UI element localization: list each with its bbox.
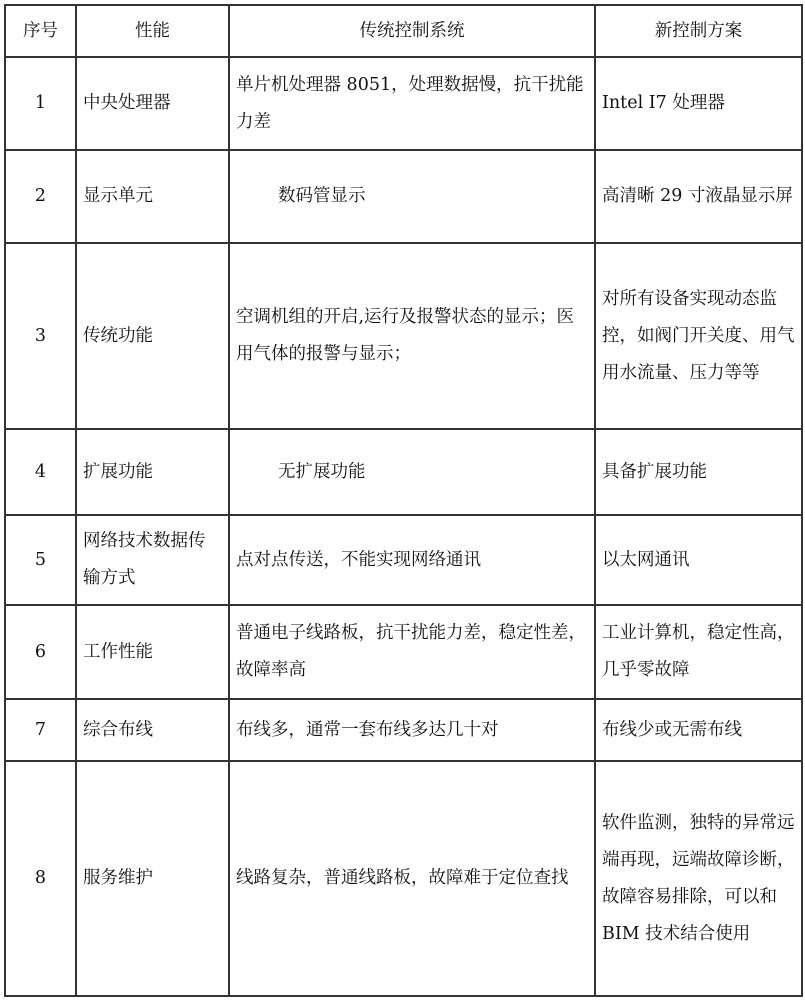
row-feature: 综合布线 <box>76 699 229 761</box>
table-row: 8服务维护线路复杂，普通线路板，故障难于定位查找软件监测，独特的异常远端再现，远… <box>5 761 802 996</box>
row-traditional: 线路复杂，普通线路板，故障难于定位查找 <box>229 761 595 996</box>
row-traditional: 普通电子线路板，抗干扰能力差，稳定性差，故障率高 <box>229 605 595 699</box>
table-row: 3传统功能空调机组的开启,运行及报警状态的显示；医用气体的报警与显示；对所有设备… <box>5 243 802 429</box>
row-new: Intel I7 处理器 <box>595 57 802 150</box>
row-new: 对所有设备实现动态监控，如阀门开关度、用气用水流量、压力等等 <box>595 243 802 429</box>
row-new: 工业计算机，稳定性高，几乎零故障 <box>595 605 802 699</box>
row-traditional: 数码管显示 <box>229 150 595 243</box>
header-new: 新控制方案 <box>595 5 802 57</box>
row-number: 1 <box>5 57 76 150</box>
row-new: 高清晰 29 寸液晶显示屏 <box>595 150 802 243</box>
table-row: 7综合布线布线多，通常一套布线多达几十对布线少或无需布线 <box>5 699 802 761</box>
row-number: 3 <box>5 243 76 429</box>
row-number: 6 <box>5 605 76 699</box>
header-no: 序号 <box>5 5 76 57</box>
row-new: 具备扩展功能 <box>595 429 802 515</box>
table-row: 4扩展功能无扩展功能具备扩展功能 <box>5 429 802 515</box>
row-number: 2 <box>5 150 76 243</box>
row-traditional: 空调机组的开启,运行及报警状态的显示；医用气体的报警与显示； <box>229 243 595 429</box>
row-feature: 中央处理器 <box>76 57 229 150</box>
table-row: 1中央处理器单片机处理器 8051，处理数据慢，抗干扰能力差Intel I7 处… <box>5 57 802 150</box>
header-row: 序号 性能 传统控制系统 新控制方案 <box>5 5 802 57</box>
row-number: 5 <box>5 515 76 605</box>
row-feature: 扩展功能 <box>76 429 229 515</box>
row-traditional: 单片机处理器 8051，处理数据慢，抗干扰能力差 <box>229 57 595 150</box>
row-new: 软件监测，独特的异常远端再现，远端故障诊断，故障容易排除，可以和 BIM 技术结… <box>595 761 802 996</box>
row-feature: 传统功能 <box>76 243 229 429</box>
row-traditional: 布线多，通常一套布线多达几十对 <box>229 699 595 761</box>
row-new: 以太网通讯 <box>595 515 802 605</box>
row-new: 布线少或无需布线 <box>595 699 802 761</box>
header-feature: 性能 <box>76 5 229 57</box>
row-feature: 服务维护 <box>76 761 229 996</box>
row-traditional: 点对点传送，不能实现网络通讯 <box>229 515 595 605</box>
row-number: 8 <box>5 761 76 996</box>
table-row: 2显示单元数码管显示高清晰 29 寸液晶显示屏 <box>5 150 802 243</box>
row-number: 4 <box>5 429 76 515</box>
row-traditional: 无扩展功能 <box>229 429 595 515</box>
header-traditional: 传统控制系统 <box>229 5 595 57</box>
row-feature: 显示单元 <box>76 150 229 243</box>
table-row: 6工作性能普通电子线路板，抗干扰能力差，稳定性差，故障率高工业计算机，稳定性高，… <box>5 605 802 699</box>
row-feature: 网络技术数据传输方式 <box>76 515 229 605</box>
row-number: 7 <box>5 699 76 761</box>
table-row: 5网络技术数据传输方式点对点传送，不能实现网络通讯以太网通讯 <box>5 515 802 605</box>
comparison-table: 序号 性能 传统控制系统 新控制方案 1中央处理器单片机处理器 8051，处理数… <box>4 4 803 997</box>
row-feature: 工作性能 <box>76 605 229 699</box>
